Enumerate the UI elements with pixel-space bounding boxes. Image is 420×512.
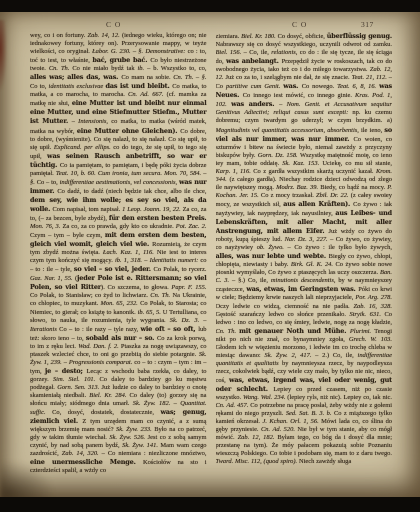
text-segment: Wang. Wal. 234.: [243, 394, 287, 401]
text-segment: partitive cum Genit.: [226, 83, 283, 90]
text-segment: bać, grube bać.: [92, 56, 150, 64]
text-segment: Gorn. Sen. 313.: [57, 384, 101, 391]
text-segment: Zab. 16, 328.: [353, 303, 392, 310]
scan-border-bottom: [0, 497, 420, 512]
text-segment: – Co niemiara : niezliczone mnóztwo,: [102, 450, 207, 457]
text-segment: Zab. 14, 12.: [88, 32, 122, 39]
text-segment: Co Polak, to rycerz.: [154, 266, 207, 273]
text-segment: Intensionis,: [78, 118, 111, 125]
text-segment: ib.: [137, 65, 147, 72]
text-segment: – 2.) Co, ile,: [315, 352, 357, 359]
text-segment: Com napisał, tom napisał.: [53, 206, 123, 213]
scanned-page: C O C O 317 wey, co i on fortuny. Zab. 1…: [0, 12, 420, 497]
text-segment: Uciekę, co mu sił stanie,: [322, 160, 392, 167]
text-segment: – b. Wszystko to, co,: [147, 65, 206, 72]
text-segment: J. Kchan. Orl. 1, 56.: [262, 418, 321, 425]
page-number: 317: [361, 20, 374, 29]
text-segment: Co dadź, to dadź (niech będzie iak chce,…: [57, 188, 206, 195]
text-segment: Papr. F. 155.: [171, 284, 206, 291]
text-segment: – Co żywo : ile tylko było żywych,: [288, 244, 392, 251]
text-segment: ib. 1, 318. – Identitatis numeri:: [115, 257, 200, 264]
text-segment: Już co za to, i szelągbym nie dał, że si…: [226, 74, 352, 81]
text-segment: Stryik. 631.: [350, 311, 385, 318]
text-segment: ob. Żywo.: [257, 244, 288, 251]
text-segment: identitatis exclusivae: [49, 83, 106, 90]
running-head-right: C O: [292, 20, 307, 29]
text-segment: Zab. 14, 320.: [62, 450, 102, 457]
text-segment: alles was; alles das, was.: [30, 73, 121, 81]
text-segment: Co innego iest mówić, co innego ginie.: [243, 92, 355, 99]
text-segment: Karp. 1, 116.: [216, 168, 254, 175]
text-segment: 1 Leop. Joann. 19, 22.: [122, 206, 182, 213]
text-segment: – §.) Co, ile,: [232, 277, 271, 284]
text-segment: Sk. Żyw. 141.: [122, 442, 160, 449]
text-segment: was, etwas, im Geringsten was.: [246, 285, 358, 293]
text-segment: was anbelangt.: [226, 57, 282, 65]
text-segment: Co – to,: [37, 179, 60, 186]
text-segment: so viel – so viel, jeder.: [74, 265, 154, 273]
text-segment: Explicand. per ellips.: [54, 144, 113, 151]
text-segment: Sed. Sat. B. 3. b.: [286, 410, 334, 417]
text-segment: Teat. 21, 112. –: [352, 74, 392, 81]
text-segment: Biel. 156.: [216, 49, 244, 56]
text-segment: minutionis descendentis,: [271, 277, 338, 284]
text-segment: Co mam na sobie.: [121, 74, 173, 81]
text-segment: Por. Arg. 278.: [355, 294, 392, 301]
text-segment: Biedy, co bądź na mocy.: [320, 184, 387, 191]
text-segment: Co Polak, to Stanisław; co żyd to lichwi…: [30, 292, 150, 299]
text-segment: Magnitudinis vel quantitatis accessorium…: [216, 127, 361, 134]
text-segment: Zbił. Dr. 22.: [316, 192, 351, 199]
text-segment: Co z gardła wszystkim skarżą uczynić kaz…: [253, 168, 376, 175]
text-segment: Zab. 12, 182.: [238, 434, 278, 441]
text-segment: das ist und bleibt.: [106, 82, 173, 90]
right-text-column: ziemiara. Biel. Kr. 180. Co dosyć, obfic…: [216, 32, 393, 476]
text-segment: Łabor. G. 230. – §. Demonstrative:: [92, 48, 188, 55]
text-segment: Cn. Th.: [150, 292, 172, 299]
text-columns: wey, co i on fortuny. Zab. 14, 12. (iedn…: [30, 32, 392, 476]
text-segment: Mon. 65, 232.: [101, 300, 141, 307]
text-segment: wie oft – so oft,: [141, 325, 199, 333]
text-segment: (lepiey ryls, niż nic). Lepiey co, iak n…: [287, 394, 392, 401]
text-segment: Biel. Kr. 284.: [89, 392, 129, 399]
text-segment: Sim. Siel. 101.: [53, 376, 100, 383]
text-segment: Birk. Gł. K. 24.: [291, 261, 336, 268]
text-segment: Pot. Zac. 2.: [176, 223, 207, 230]
text-segment: relationis,: [271, 49, 299, 56]
text-segment: Teat. 6, 8, 16.: [337, 83, 379, 90]
text-segment: Sk. Żyw. 233.: [116, 426, 154, 433]
text-segment: Gęstość szarańczy ledwo co słońce przeni…: [216, 311, 350, 318]
text-segment: Cn. Ad. 667.: [128, 91, 167, 98]
text-segment: ziemiara.: [216, 33, 242, 40]
text-segment: Co, dosyć, dostatek, dostatecznie,: [52, 409, 160, 416]
text-segment: überflüssig genug.: [327, 32, 392, 40]
text-segment: ile ieno,: [361, 127, 384, 134]
text-segment: Oczy ledwie co widzą, ciemność na nie pa…: [216, 303, 354, 310]
text-segment: Sk. Kaz. 153.: [282, 160, 322, 167]
text-segment: mit genauer Noth und Mühe.: [239, 327, 350, 335]
text-segment: Co nowego.: [302, 83, 337, 90]
left-text-column: wey, co i on fortuny. Zab. 14, 12. (iedn…: [30, 32, 207, 476]
text-segment: Grech. W. 103.: [349, 336, 392, 343]
text-segment: Gaz. Nar. 1, 55.: [30, 275, 75, 282]
text-segment: Modrz. Baz. 39.: [276, 184, 320, 191]
text-segment: Cn. Th.: [49, 65, 72, 72]
text-segment: Mon. 76, 3.: [30, 223, 62, 230]
text-segment: Sk. Żyw. 2, 417.: [264, 352, 315, 359]
text-segment: ). Co szczema, to głowa.: [101, 284, 171, 291]
text-segment: Sk. Żyw. 526.: [109, 434, 147, 441]
text-segment: Co z mocy trzaskał.: [261, 192, 316, 199]
text-segment: Gorn. Dz. 158.: [258, 152, 300, 159]
text-segment: Nar. Dz. 3, 227.: [285, 236, 331, 243]
text-segment: Wad. Dan. f. 2.: [78, 343, 121, 350]
text-segment: Niech zawżdy sługa: [299, 458, 351, 465]
running-head: C O C O 317: [0, 20, 420, 32]
text-segment: eine Mutter ohne Gleichen).: [77, 127, 180, 135]
text-segment: aus allen Kräften).: [283, 200, 353, 208]
text-segment: ib. 65, 5.: [138, 309, 163, 316]
text-segment: Czym – tym – byle czym,: [30, 232, 105, 239]
text-segment: Biel. Kr. 180.: [241, 33, 277, 40]
text-segment: sobald als nur – so.: [86, 334, 157, 342]
text-segment: Co: [216, 83, 226, 90]
text-segment: eine unermessliche Menge.: [30, 458, 143, 466]
text-segment: Co to,: [30, 83, 49, 90]
text-segment: Nabrawszy się co dosyć wszystkiego, uczy…: [216, 41, 393, 48]
text-segment: für den ersten besten Preis.: [109, 214, 207, 222]
text-segment: was anders.: [231, 100, 279, 108]
text-segment: je – desto;: [45, 367, 87, 375]
text-segment: Co nie miało bydź tak: [72, 65, 137, 72]
text-segment: – Co, ile,: [244, 49, 272, 56]
text-segment: was.: [283, 82, 301, 90]
text-segment: wey, co i on fortuny.: [30, 32, 88, 39]
text-segment: Tward. Misc. 112, (quod spiro).: [216, 458, 299, 465]
running-head-left: C O: [106, 20, 121, 29]
text-segment: Cn. Ad. 457.: [216, 402, 251, 409]
text-segment: Cn. Th. – §.: [173, 74, 206, 81]
text-segment: Co dosyć, obficie,: [278, 33, 327, 40]
text-segment: alles, was nur lebte und webte.: [216, 252, 329, 260]
text-segment: Co – to : ile razy – tyle razy,: [59, 326, 140, 333]
text-segment: Plurimi.: [350, 328, 374, 335]
text-segment: Za co, za co prawda, gdy kto co ukradnie…: [62, 223, 175, 230]
text-segment: indifferentiae aestimationis, vel conces…: [60, 179, 179, 186]
text-segment: Cn. Th.: [216, 328, 240, 335]
scan-border-top: [0, 0, 420, 12]
text-segment: Łach. Kaz. 1, 116.: [103, 249, 157, 256]
text-segment: Cn. Ad. 520.: [261, 426, 297, 433]
